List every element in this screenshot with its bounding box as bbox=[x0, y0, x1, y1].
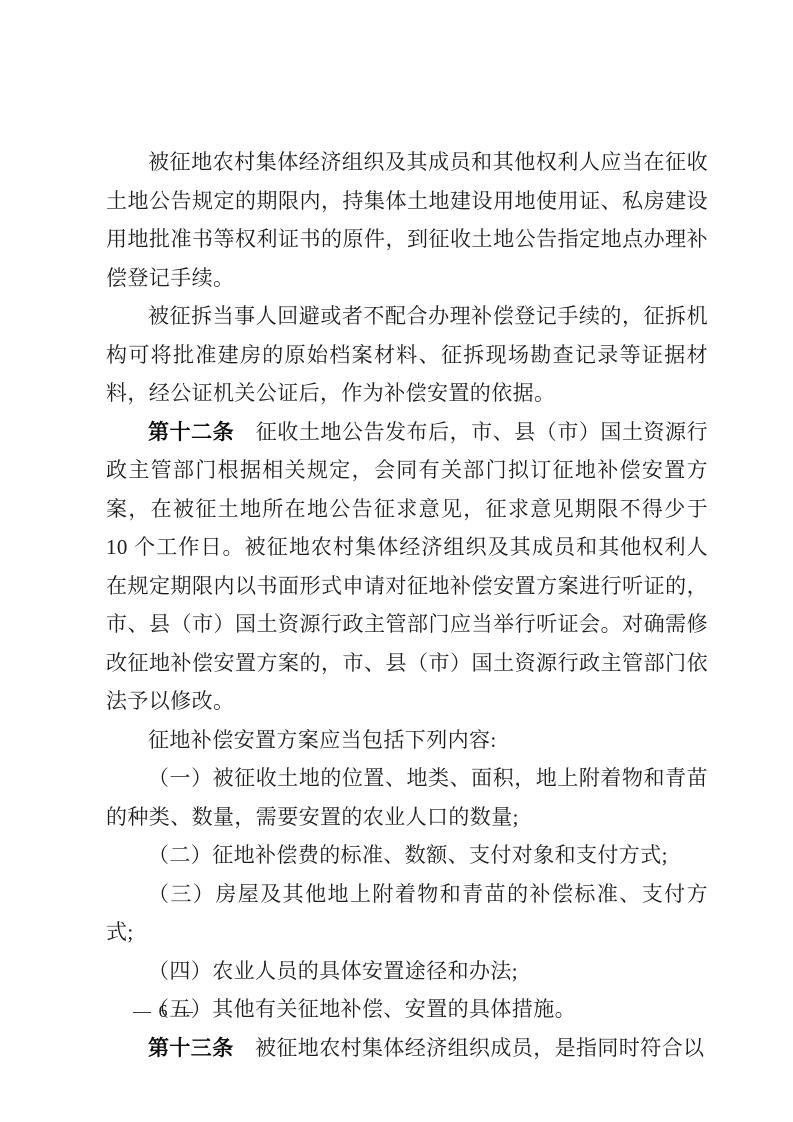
paragraph-text: 征收土地公告发布后，市、县（市）国土资源行政主管部门根据相关规定，会同有关部门拟… bbox=[106, 420, 708, 714]
article-13-label: 第十三条 bbox=[148, 1036, 234, 1060]
list-item-text: （三）房屋及其他地上附着物和青苗的补偿标准、支付方式; bbox=[106, 882, 708, 945]
document-page: 被征地农村集体经济组织及其成员和其他权利人应当在征收土地公告规定的期限内，持集体… bbox=[0, 0, 793, 1122]
article-12-label: 第十二条 bbox=[148, 420, 234, 444]
list-item-5: （五）其他有关征地补偿、安置的具体措施。 bbox=[106, 990, 708, 1029]
paragraph-text: 被征地农村集体经济组织及其成员和其他权利人应当在征收土地公告规定的期限内，持集体… bbox=[106, 150, 708, 290]
paragraph-text: 被征地农村集体经济组织成员，是指同时符合以 bbox=[234, 1036, 705, 1060]
paragraph-plan-contents-intro: 征地补偿安置方案应当包括下列内容: bbox=[106, 721, 708, 760]
list-item-1: （一）被征收土地的位置、地类、面积，地上附着物和青苗的种类、数量，需要安置的农业… bbox=[106, 759, 708, 836]
list-item-4: （四）农业人员的具体安置途径和办法; bbox=[106, 952, 708, 991]
document-body: 被征地农村集体经济组织及其成员和其他权利人应当在征收土地公告规定的期限内，持集体… bbox=[106, 143, 708, 1067]
paragraph-text: 征地补偿安置方案应当包括下列内容: bbox=[148, 728, 497, 752]
paragraph-article-12: 第十二条 征收土地公告发布后，市、县（市）国土资源行政主管部门根据相关规定，会同… bbox=[106, 413, 708, 721]
paragraph-compensation-registration: 被征地农村集体经济组织及其成员和其他权利人应当在征收土地公告规定的期限内，持集体… bbox=[106, 143, 708, 297]
list-item-text: （四）农业人员的具体安置途径和办法; bbox=[148, 959, 518, 983]
list-item-text: （五）其他有关征地补偿、安置的具体措施。 bbox=[148, 997, 576, 1021]
list-item-2: （二）征地补偿费的标准、数额、支付对象和支付方式; bbox=[106, 836, 708, 875]
list-item-3: （三）房屋及其他地上附着物和青苗的补偿标准、支付方式; bbox=[106, 875, 708, 952]
page-number: — 6 — bbox=[133, 1001, 195, 1022]
paragraph-text: 被征拆当事人回避或者不配合办理补偿登记手续的，征拆机构可将批准建房的原始档案材料… bbox=[106, 304, 708, 405]
paragraph-article-13: 第十三条 被征地农村集体经济组织成员，是指同时符合以 bbox=[106, 1029, 708, 1068]
paragraph-evasion-handling: 被征拆当事人回避或者不配合办理补偿登记手续的，征拆机构可将批准建房的原始档案材料… bbox=[106, 297, 708, 413]
list-item-text: （二）征地补偿费的标准、数额、支付对象和支付方式; bbox=[148, 843, 668, 867]
list-item-text: （一）被征收土地的位置、地类、面积，地上附着物和青苗的种类、数量，需要安置的农业… bbox=[106, 766, 708, 829]
